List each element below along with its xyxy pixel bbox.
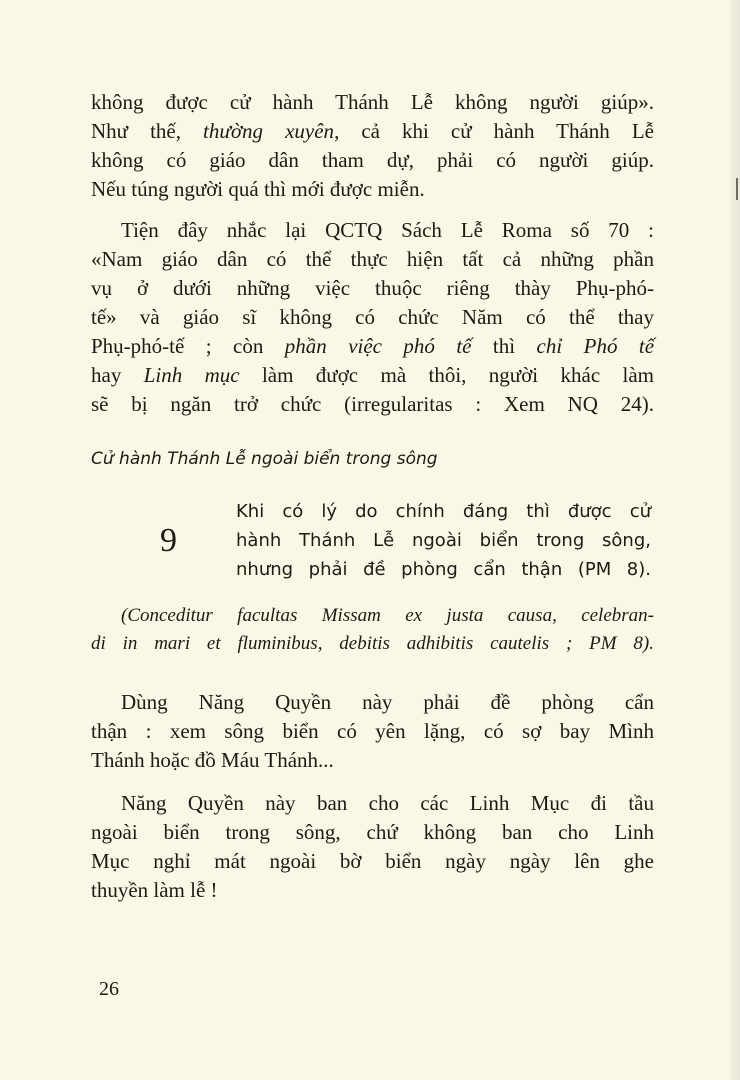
text-line: nhưng phải đề phòng cẩn thận (PM 8). bbox=[236, 555, 651, 584]
italic-emphasis: Linh mục bbox=[144, 363, 240, 387]
paragraph-2: Tiện đây nhắc lại QCTQ Sách Lễ Roma số 7… bbox=[91, 216, 654, 419]
text-line: Dùng Năng Quyền này phải đề phòng cẩn bbox=[91, 688, 654, 717]
latin-citation: (Conceditur facultas Missam ex justa cau… bbox=[91, 602, 654, 658]
text-line: hay Linh mục làm được mà thôi, người khá… bbox=[91, 361, 654, 390]
text-line: di in mari et fluminibus, debitis adhibi… bbox=[91, 630, 654, 658]
page-edge-mark bbox=[736, 178, 738, 200]
text-line: hành Thánh Lễ ngoài biển trong sông, bbox=[236, 526, 651, 555]
italic-emphasis: phần việc phó tế bbox=[285, 334, 472, 358]
text-span: , cả khi cử hành Thánh Lễ bbox=[334, 119, 654, 143]
paragraph-1: không được cử hành Thánh Lễ không người … bbox=[91, 88, 654, 204]
rule-text: Khi có lý do chính đáng thì được cử hành… bbox=[236, 497, 651, 584]
text-line: (Conceditur facultas Missam ex justa cau… bbox=[91, 602, 654, 630]
text-span: thì bbox=[472, 334, 537, 358]
page-edge bbox=[730, 0, 740, 1080]
text-span: làm được mà thôi, người khác làm bbox=[240, 363, 654, 387]
text-line: Nếu túng người quá thì mới được miễn. bbox=[91, 175, 654, 204]
text-line: Thánh hoặc đồ Máu Thánh... bbox=[91, 746, 654, 775]
rule-number: 9 bbox=[91, 522, 236, 560]
text-line: sẽ bị ngăn trở chức (irregularitas : Xem… bbox=[91, 390, 654, 419]
text-line: thuyền làm lễ ! bbox=[91, 876, 654, 905]
text-span: Phụ-phó-tế ; còn bbox=[91, 334, 285, 358]
rule-block: 9 Khi có lý do chính đáng thì được cử hà… bbox=[91, 497, 654, 584]
text-span: hay bbox=[91, 363, 144, 387]
text-line: ngoài biển trong sông, chứ không ban cho… bbox=[91, 818, 654, 847]
page-number: 26 bbox=[99, 978, 119, 1001]
paragraph-3: Dùng Năng Quyền này phải đề phòng cẩn th… bbox=[91, 688, 654, 775]
text-line: «Nam giáo dân có thể thực hiện tất cả nh… bbox=[91, 245, 654, 274]
italic-emphasis: chỉ Phó tế bbox=[537, 334, 655, 358]
text-line: không có giáo dân tham dự, phải có người… bbox=[91, 146, 654, 175]
page-content: không được cử hành Thánh Lễ không người … bbox=[91, 88, 654, 905]
text-line: thận : xem sông biển có yên lặng, có sợ … bbox=[91, 717, 654, 746]
section-heading: Cử hành Thánh Lễ ngoài biển trong sông bbox=[91, 447, 654, 471]
text-line: Năng Quyền này ban cho các Linh Mục đi t… bbox=[91, 789, 654, 818]
text-span: Như thế, bbox=[91, 119, 203, 143]
text-line: Mục nghỉ mát ngoài bờ biển ngày ngày lên… bbox=[91, 847, 654, 876]
text-line: Khi có lý do chính đáng thì được cử bbox=[236, 497, 651, 526]
text-line: tế» và giáo sĩ không có chức Năm có thể … bbox=[91, 303, 654, 332]
italic-emphasis: thường xuyên bbox=[203, 119, 334, 143]
text-line: Phụ-phó-tế ; còn phần việc phó tế thì ch… bbox=[91, 332, 654, 361]
text-line: không được cử hành Thánh Lễ không người … bbox=[91, 88, 654, 117]
text-line: Như thế, thường xuyên, cả khi cử hành Th… bbox=[91, 117, 654, 146]
paragraph-4: Năng Quyền này ban cho các Linh Mục đi t… bbox=[91, 789, 654, 905]
text-line: Tiện đây nhắc lại QCTQ Sách Lễ Roma số 7… bbox=[91, 216, 654, 245]
text-line: vụ ở dưới những việc thuộc riêng thày Ph… bbox=[91, 274, 654, 303]
